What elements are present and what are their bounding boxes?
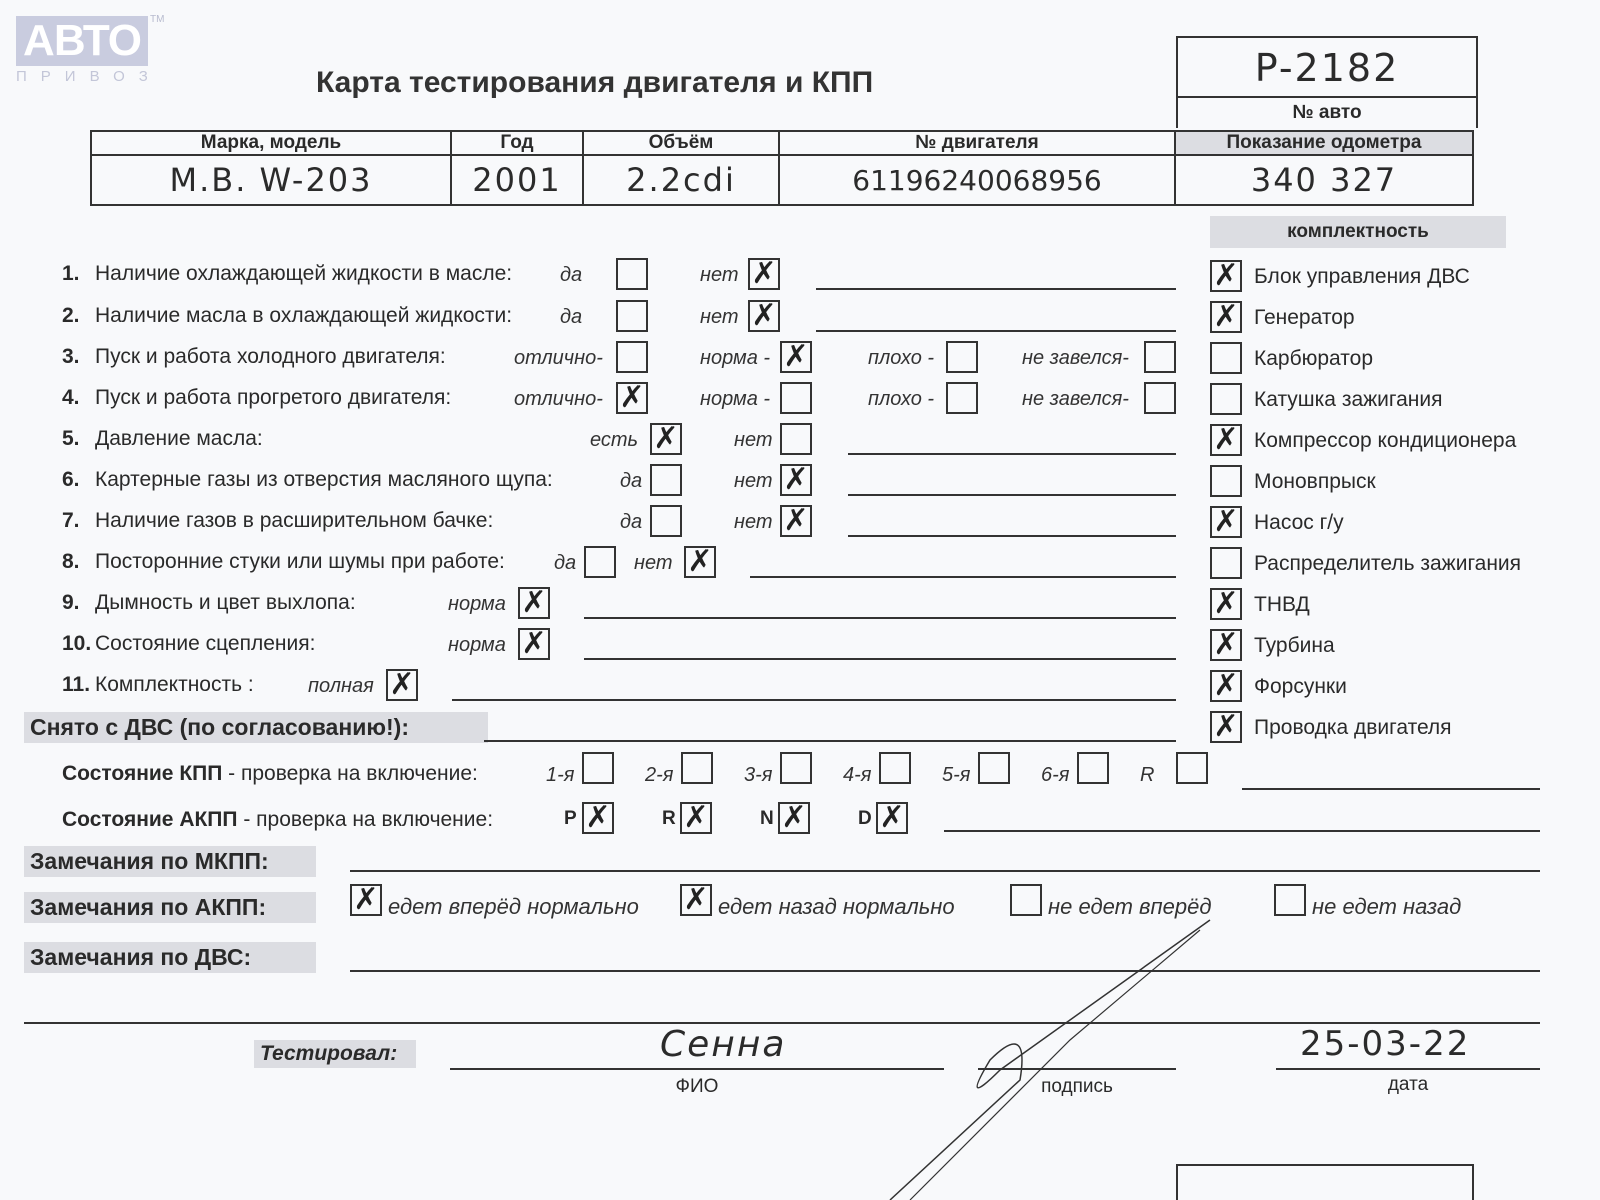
check-label: Пуск и работа прогретого двигателя:: [95, 386, 451, 410]
komplektnost-checkbox[interactable]: [1210, 670, 1242, 702]
akpp-gear-checkbox[interactable]: [582, 802, 614, 834]
option-label: да: [620, 511, 642, 534]
option-checkbox[interactable]: [780, 423, 812, 455]
logo: АВТО: [16, 16, 148, 66]
komplektnost-item: Генератор: [1254, 306, 1355, 330]
check-label: Давление масла:: [95, 427, 263, 451]
akpp-remark-checkbox[interactable]: [1010, 884, 1042, 916]
bottom-box: [1176, 1164, 1474, 1200]
komplektnost-item: Карбюратор: [1254, 347, 1373, 371]
auto-number-label: № авто: [1176, 96, 1478, 128]
removed-line[interactable]: [484, 740, 1176, 742]
value-volume: 2.2cdi: [583, 155, 779, 205]
option-label: да: [560, 264, 582, 287]
col-volume: Объём: [583, 131, 779, 155]
check-number: 6.: [62, 468, 80, 492]
note-line[interactable]: [848, 494, 1176, 496]
remarks-dvs-label: Замечания по ДВС:: [24, 942, 316, 973]
option-label: да: [554, 552, 576, 575]
option-label: не завелся-: [1022, 388, 1129, 411]
option-label: норма -: [700, 347, 770, 370]
fio-value: Сенна: [660, 1024, 786, 1065]
option-label: норма: [448, 593, 506, 616]
komplektnost-title: комплектность: [1210, 216, 1506, 248]
komplektnost-item: Блок управления ДВС: [1254, 265, 1470, 289]
col-year: Год: [451, 131, 583, 155]
kpp-gear-checkbox[interactable]: [681, 752, 713, 784]
signature-scribble: [880, 910, 1220, 1200]
kpp-gear-label: R: [1140, 764, 1154, 787]
kpp-gear-label: 6-я: [1041, 764, 1069, 787]
option-label: плохо -: [868, 347, 934, 370]
check-number: 4.: [62, 386, 80, 410]
option-checkbox[interactable]: [616, 300, 648, 332]
komplektnost-item: Моновпрыск: [1254, 470, 1376, 494]
note-line[interactable]: [452, 699, 1176, 701]
option-checkbox[interactable]: [650, 505, 682, 537]
logo-tm: TM: [150, 14, 164, 25]
kpp-gear-label: 1-я: [546, 764, 574, 787]
option-label: норма: [448, 634, 506, 657]
remarks-mkpp-label: Замечания по МКПП:: [24, 846, 316, 877]
option-checkbox[interactable]: [650, 423, 682, 455]
option-label: отлично-: [514, 388, 603, 411]
check-number: 5.: [62, 427, 80, 451]
value-engine-number: 61196240068956: [779, 155, 1175, 205]
note-line[interactable]: [750, 576, 1176, 578]
akpp-remark-checkbox[interactable]: [680, 884, 712, 916]
kpp-gear-label: 3-я: [744, 764, 772, 787]
check-label: Состояние сцепления:: [95, 632, 315, 656]
komplektnost-checkbox[interactable]: [1210, 711, 1242, 743]
option-label: нет: [734, 429, 773, 452]
kpp-label: Состояние КПП - проверка на включение:: [62, 762, 478, 786]
kpp-gear-checkbox[interactable]: [978, 752, 1010, 784]
komplektnost-item: Катушка зажигания: [1254, 388, 1442, 412]
komplektnost-item: Форсунки: [1254, 675, 1347, 699]
akpp-gear-checkbox[interactable]: [876, 802, 908, 834]
logo-subtitle: ПРИВОЗ: [16, 68, 148, 85]
option-checkbox[interactable]: [584, 546, 616, 578]
komplektnost-checkbox[interactable]: [1210, 465, 1242, 497]
option-checkbox[interactable]: [780, 505, 812, 537]
note-line[interactable]: [848, 453, 1176, 455]
vehicle-table: Марка, модель Год Объём № двигателя Пока…: [90, 130, 1474, 206]
check-label: Посторонние стуки или шумы при работе:: [95, 550, 505, 574]
option-label: нет: [734, 511, 773, 534]
option-label: полная: [308, 675, 374, 698]
komplektnost-item: Распределитель зажигания: [1254, 552, 1521, 576]
check-number: 1.: [62, 262, 80, 286]
option-label: нет: [700, 306, 739, 329]
kpp-gear-checkbox[interactable]: [1077, 752, 1109, 784]
komplektnost-item: Проводка двигателя: [1254, 716, 1452, 740]
option-checkbox[interactable]: [780, 341, 812, 373]
akpp-remark-label: не едет назад: [1312, 894, 1461, 920]
kpp-gear-checkbox[interactable]: [879, 752, 911, 784]
note-line[interactable]: [584, 617, 1176, 619]
option-label: нет: [700, 264, 739, 287]
komplektnost-checkbox[interactable]: [1210, 301, 1242, 333]
komplektnost-checkbox[interactable]: [1210, 342, 1242, 374]
option-label: да: [620, 470, 642, 493]
komplektnost-item: Компрессор кондиционера: [1254, 429, 1516, 453]
kpp-gear-label: 4-я: [843, 764, 871, 787]
akpp-remark-checkbox[interactable]: [350, 884, 382, 916]
kpp-line[interactable]: [1242, 788, 1540, 790]
check-number: 8.: [62, 550, 80, 574]
akpp-gear-checkbox[interactable]: [778, 802, 810, 834]
option-label: плохо -: [868, 388, 934, 411]
komplektnost-item: ТНВД: [1254, 593, 1310, 617]
check-label: Пуск и работа холодного двигателя:: [95, 345, 446, 369]
option-checkbox[interactable]: [684, 546, 716, 578]
option-checkbox[interactable]: [1144, 382, 1176, 414]
option-checkbox[interactable]: [386, 669, 418, 701]
kpp-gear-checkbox[interactable]: [582, 752, 614, 784]
akpp-line[interactable]: [944, 830, 1540, 832]
option-checkbox[interactable]: [616, 341, 648, 373]
col-odometer: Показание одометра: [1175, 131, 1473, 155]
akpp-remark-checkbox[interactable]: [1274, 884, 1306, 916]
option-checkbox[interactable]: [748, 258, 780, 290]
check-number: 3.: [62, 345, 80, 369]
akpp-gear-label: P: [564, 808, 577, 830]
check-label: Комплектность :: [95, 673, 254, 697]
option-checkbox[interactable]: [748, 300, 780, 332]
kpp-gear-label: 5-я: [942, 764, 970, 787]
option-checkbox[interactable]: [946, 341, 978, 373]
kpp-gear-checkbox[interactable]: [780, 752, 812, 784]
col-make-model: Марка, модель: [91, 131, 451, 155]
option-checkbox[interactable]: [518, 587, 550, 619]
auto-number-value: P-2182: [1176, 36, 1478, 98]
kpp-gear-label: 2-я: [645, 764, 673, 787]
kpp-gear-checkbox[interactable]: [1176, 752, 1208, 784]
fio-line[interactable]: [450, 1068, 944, 1070]
akpp-label: Состояние АКПП - проверка на включение:: [62, 808, 493, 832]
check-label: Наличие масла в охлаждающей жидкости:: [95, 304, 512, 328]
option-checkbox[interactable]: [616, 382, 648, 414]
date-label: дата: [1276, 1074, 1540, 1096]
komplektnost-checkbox[interactable]: [1210, 547, 1242, 579]
fio-label: ФИО: [450, 1076, 944, 1098]
check-label: Наличие охлаждающей жидкости в масле:: [95, 262, 512, 286]
check-label: Картерные газы из отверстия масляного щу…: [95, 468, 553, 492]
note-line[interactable]: [584, 658, 1176, 660]
akpp-gear-checkbox[interactable]: [680, 802, 712, 834]
komplektnost-item: Турбина: [1254, 634, 1335, 658]
akpp-gear-label: D: [858, 808, 872, 830]
option-label: не завелся-: [1022, 347, 1129, 370]
check-number: 7.: [62, 509, 80, 533]
check-label: Дымность и цвет выхлопа:: [95, 591, 356, 615]
note-line[interactable]: [816, 288, 1176, 290]
komplektnost-item: Насос г/у: [1254, 511, 1344, 535]
check-number: 11.: [62, 673, 90, 697]
komplektnost-checkbox[interactable]: [1210, 506, 1242, 538]
date-value: 25-03-22: [1300, 1024, 1470, 1064]
option-checkbox[interactable]: [518, 628, 550, 660]
option-label: норма -: [700, 388, 770, 411]
date-line[interactable]: [1276, 1068, 1540, 1070]
komplektnost-checkbox[interactable]: [1210, 260, 1242, 292]
check-number: 9.: [62, 591, 80, 615]
value-odometer: 340 327: [1175, 155, 1473, 205]
option-checkbox[interactable]: [780, 464, 812, 496]
option-checkbox[interactable]: [946, 382, 978, 414]
page-title: Карта тестирования двигателя и КПП: [316, 66, 873, 100]
akpp-remark-label: едет вперёд нормально: [388, 894, 639, 920]
value-year: 2001: [451, 155, 583, 205]
remarks-akpp-label: Замечания по АКПП:: [24, 892, 316, 923]
option-checkbox[interactable]: [616, 258, 648, 290]
value-make-model: M.B. W-203: [91, 155, 451, 205]
option-checkbox[interactable]: [1144, 341, 1176, 373]
option-label: отлично-: [514, 347, 603, 370]
komplektnost-checkbox[interactable]: [1210, 588, 1242, 620]
option-label: нет: [634, 552, 673, 575]
akpp-remark-label: не едет вперёд: [1048, 894, 1212, 920]
komplektnost-checkbox[interactable]: [1210, 629, 1242, 661]
tested-by-label: Тестировал:: [254, 1040, 416, 1068]
removed-label: Снято с ДВС (по согласованию!):: [24, 712, 488, 743]
check-number: 2.: [62, 304, 80, 328]
akpp-gear-label: N: [760, 808, 774, 830]
option-checkbox[interactable]: [650, 464, 682, 496]
col-engine-number: № двигателя: [779, 131, 1175, 155]
check-number: 10.: [62, 632, 91, 656]
option-label: нет: [734, 470, 773, 493]
option-label: есть: [590, 429, 638, 452]
note-line[interactable]: [848, 535, 1176, 537]
akpp-remark-label: едет назад нормально: [718, 894, 955, 920]
komplektnost-checkbox[interactable]: [1210, 424, 1242, 456]
option-checkbox[interactable]: [780, 382, 812, 414]
note-line[interactable]: [816, 330, 1176, 332]
akpp-gear-label: R: [662, 808, 676, 830]
komplektnost-checkbox[interactable]: [1210, 383, 1242, 415]
remarks-mkpp-line[interactable]: [350, 870, 1540, 872]
check-label: Наличие газов в расширительном бачке:: [95, 509, 493, 533]
option-label: да: [560, 306, 582, 329]
